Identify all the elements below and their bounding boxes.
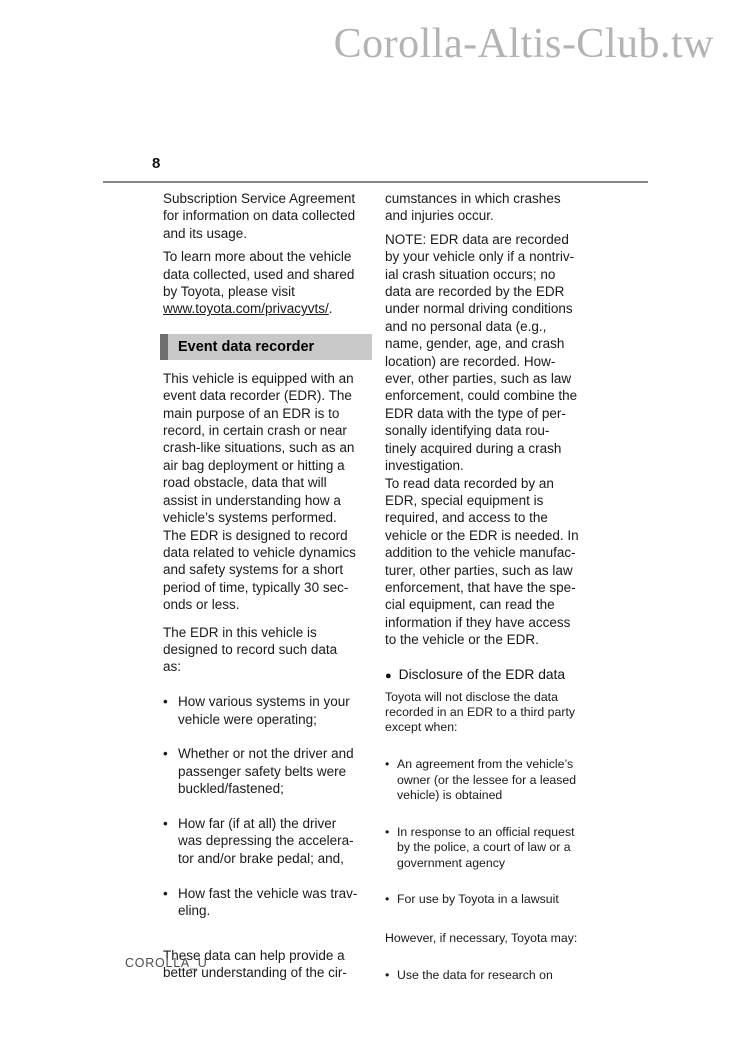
watermark-text: Corolla-Altis-Club.tw [334, 20, 714, 68]
paragraph-subscription-agreement: Subscription Service Agreement for infor… [163, 190, 366, 242]
paragraph-cumstances: cumstances in which crashes and injuries… [385, 190, 593, 225]
privacy-url-link[interactable]: www.toyota.com/privacyvts/ [163, 301, 329, 316]
section-heading-event-data-recorder: Event data recorder [160, 334, 372, 360]
paragraph-however: However, if necessary, Toyota may: [385, 931, 593, 946]
manual-page: Corolla-Altis-Club.tw 8 Subscription Ser… [0, 0, 750, 1061]
footer-document-code: COROLLA_U [125, 955, 208, 970]
left-column: Subscription Service Agreement for infor… [163, 190, 366, 999]
section-heading-label: Event data recorder [178, 339, 314, 355]
bullet-icon: • [385, 757, 397, 803]
section-marker-icon: ● [385, 670, 392, 682]
paragraph-learn-more: To learn more about the vehicle data col… [163, 248, 366, 318]
list-item-text: For use by Toyota in a lawsuit [397, 892, 559, 907]
bullet-icon: • [385, 892, 397, 907]
header-rule [103, 181, 648, 183]
paragraph-edr-description: This vehicle is equipped with an event d… [163, 370, 366, 614]
list-item: • In response to an official request by … [385, 825, 593, 871]
edr-data-list: • How various systems in your vehicle we… [163, 676, 366, 937]
toyota-may-list: • Use the data for research on [385, 947, 593, 999]
list-item: • How fast the vehicle was trav- eling. [163, 885, 366, 920]
list-item-text: How far (if at all) the driver was depre… [178, 815, 354, 867]
subheading-label: Disclosure of the EDR data [399, 667, 565, 682]
list-item: • Whether or not the driver and passenge… [163, 745, 366, 797]
list-item-text: Whether or not the driver and passenger … [178, 745, 354, 797]
disclosure-conditions-list: • An agreement from the vehicle’s owner … [385, 736, 593, 923]
bullet-icon: • [163, 815, 178, 867]
bullet-icon: • [163, 885, 178, 920]
bullet-icon: • [163, 745, 178, 797]
paragraph-edr-note: NOTE: EDR data are recorded by your vehi… [385, 231, 593, 649]
bullet-icon: • [385, 968, 397, 983]
paragraph-edr-records-intro: The EDR in this vehicle is designed to r… [163, 624, 366, 676]
page-content: Subscription Service Agreement for infor… [163, 190, 593, 999]
list-item-text: Use the data for research on [397, 968, 553, 983]
link-period: . [329, 301, 333, 316]
bullet-icon: • [163, 693, 178, 728]
subheading-disclosure: ● Disclosure of the EDR data [385, 667, 593, 682]
list-item: • How far (if at all) the driver was dep… [163, 815, 366, 867]
learn-more-text: To learn more about the vehicle data col… [163, 249, 354, 299]
list-item-text: An agreement from the vehicle’s owner (o… [397, 757, 576, 803]
list-item: • How various systems in your vehicle we… [163, 693, 366, 728]
list-item-text: In response to an official request by th… [397, 825, 575, 871]
page-number: 8 [152, 155, 160, 172]
list-item-text: How various systems in your vehicle were… [178, 693, 350, 728]
paragraph-disclosure-intro: Toyota will not disclose the data record… [385, 690, 593, 736]
list-item: • Use the data for research on [385, 968, 593, 983]
list-item: • An agreement from the vehicle’s owner … [385, 757, 593, 803]
list-item-text: How fast the vehicle was trav- eling. [178, 885, 357, 920]
right-column: cumstances in which crashes and injuries… [385, 190, 593, 999]
bullet-icon: • [385, 825, 397, 871]
list-item: • For use by Toyota in a lawsuit [385, 892, 593, 907]
